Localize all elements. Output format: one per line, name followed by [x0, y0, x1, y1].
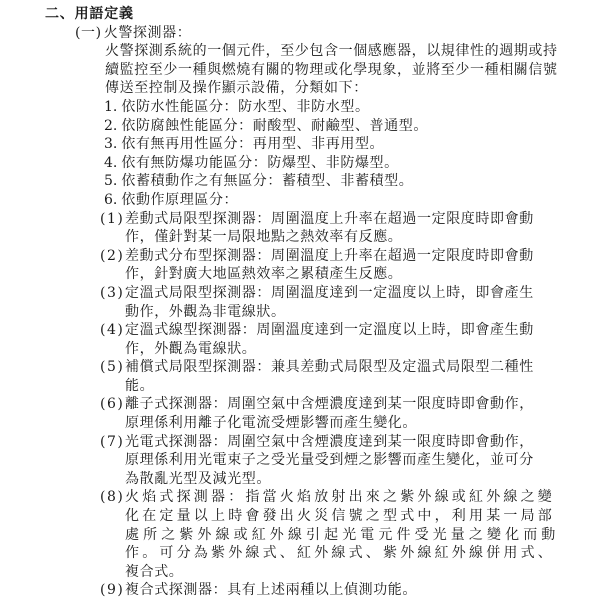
- detector-line: 作，針對廣大地區熱效率之累積產生反應。: [125, 265, 560, 284]
- detector-item: (9) 複合式探測器：具有上述兩種以上偵測功能。: [100, 581, 600, 600]
- detector-item-number: (9): [100, 581, 125, 600]
- item-number: 3.: [104, 135, 117, 154]
- detector-line: 化在定量以上時會發出火災信號之型式中，利用某一局部: [125, 507, 560, 526]
- detector-item-number: (4): [100, 321, 125, 340]
- detector-item: (6) 離子式探測器：周圍空氣中含煙濃度達到某一限度時即會動作， 原理係利用離子…: [100, 395, 600, 432]
- detector-item: (5) 補償式局限型探測器：兼具差動式局限型及定溫式局限型二種性 能。: [100, 358, 600, 395]
- detector-item-number: (6): [100, 395, 125, 414]
- detector-line: 原理係利用光電束子之受光量受到煙之影響而產生變化，並可分: [125, 451, 560, 470]
- detector-item: (7) 光電式探測器：周圍空氣中含煙濃度達到某一限度時即會動作， 原理係利用光電…: [100, 433, 600, 489]
- classification-item: 3.依有無再用性區分：再用型、非再用型。: [104, 135, 600, 154]
- detector-line: 複合式。: [125, 563, 560, 582]
- document-page: 二、用語定義 (一)火警探測器： 火警探測系統的一個元件，至少包含一個感應器，以…: [0, 0, 600, 600]
- intro-line: 傳送至控制及操作顯示設備，分類如下：: [105, 79, 600, 98]
- detector-line: 定溫式局限型探測器：周圍溫度達到一定溫度以上時，即會產生: [125, 284, 560, 303]
- detector-item-number: (3): [100, 284, 125, 303]
- detector-line: 差動式分布型探測器：周圍溫度上升率在超過一定限度時即會動: [125, 247, 560, 266]
- item-text: 依有無再用性區分：再用型、非再用型。: [121, 136, 384, 152]
- detector-line: 作，外觀為電線狀。: [125, 340, 560, 359]
- detector-line: 定溫式線型探測器：周圍溫度達到一定溫度以上時，即會產生動: [125, 321, 560, 340]
- detector-item-number: (8): [100, 488, 125, 507]
- detector-item: (8) 火焰式探測器：指當火焰放射出來之紫外線或紅外線之變 化在定量以上時會發出…: [100, 488, 600, 581]
- detector-item: (4) 定溫式線型探測器：周圍溫度達到一定溫度以上時，即會產生動 作，外觀為電線…: [100, 321, 600, 358]
- classification-item: 2.依防腐蝕性能區分：耐酸型、耐鹼型、普通型。: [104, 117, 600, 136]
- detector-item-number: (1): [100, 210, 125, 229]
- section-number: (一): [75, 25, 102, 41]
- classification-item: 6.依動作原理區分：: [104, 191, 600, 210]
- detector-line: 離子式探測器：周圍空氣中含煙濃度達到某一限度時即會動作，: [125, 395, 560, 414]
- detector-item-number: (2): [100, 247, 125, 266]
- item-number: 6.: [104, 191, 117, 210]
- detector-item-number: (7): [100, 433, 125, 452]
- detector-line: 差動式局限型探測器：周圍溫度上升率在超過一定限度時即會動: [125, 210, 560, 229]
- item-text: 依防腐蝕性能區分：耐酸型、耐鹼型、普通型。: [121, 118, 428, 134]
- section-title: 火警探測器：: [104, 25, 192, 41]
- detector-item-number: (5): [100, 358, 125, 377]
- document-heading: 二、用語定義: [45, 5, 600, 24]
- detector-line: 作，僅針對某一局限地點之熱效率有反應。: [125, 228, 560, 247]
- item-text: 依動作原理區分：: [121, 192, 238, 208]
- detector-line: 原理係利用離子化電流受煙影響而產生變化。: [125, 414, 560, 433]
- item-number: 2.: [104, 117, 117, 136]
- detector-line: 火焰式探測器：指當火焰放射出來之紫外線或紅外線之變: [125, 488, 560, 507]
- detector-line: 能。: [125, 377, 560, 396]
- section-header: (一)火警探測器：: [75, 24, 600, 43]
- intro-line: 續監控至少一種與燃燒有關的物理或化學現象，並將至少一種相關信號: [105, 61, 600, 80]
- item-text: 依有無防爆功能區分：防爆型、非防爆型。: [121, 155, 398, 171]
- detector-line: 補償式局限型探測器：兼具差動式局限型及定溫式局限型二種性: [125, 358, 560, 377]
- detector-item: (1) 差動式局限型探測器：周圍溫度上升率在超過一定限度時即會動 作，僅針對某一…: [100, 210, 600, 247]
- item-text: 依蓄積動作之有無區分：蓄積型、非蓄積型。: [121, 173, 413, 189]
- classification-item: 4.依有無防爆功能區分：防爆型、非防爆型。: [104, 154, 600, 173]
- item-number: 5.: [104, 172, 117, 191]
- detector-line: 為散亂光型及減光型。: [125, 470, 560, 489]
- intro-paragraph: 火警探測系統的一個元件，至少包含一個感應器，以規律性的週期或持 續監控至少一種與…: [105, 42, 600, 98]
- detector-line: 複合式探測器：具有上述兩種以上偵測功能。: [125, 581, 560, 600]
- item-number: 1.: [104, 98, 117, 117]
- detector-line: 處所之紫外線或紅外線引起光電元件受光量之變化而動: [125, 526, 560, 545]
- item-number: 4.: [104, 154, 117, 173]
- detector-line: 光電式探測器：周圍空氣中含煙濃度達到某一限度時即會動作，: [125, 433, 560, 452]
- detector-line: 動作，外觀為非電線狀。: [125, 303, 560, 322]
- intro-line: 火警探測系統的一個元件，至少包含一個感應器，以規律性的週期或持: [105, 42, 600, 61]
- detector-line: 作。可分為紫外線式、紅外線式、紫外線紅外線併用式、: [125, 544, 560, 563]
- classification-item: 5.依蓄積動作之有無區分：蓄積型、非蓄積型。: [104, 172, 600, 191]
- detector-item: (2) 差動式分布型探測器：周圍溫度上升率在超過一定限度時即會動 作，針對廣大地…: [100, 247, 600, 284]
- item-text: 依防水性能區分：防水型、非防水型。: [121, 99, 369, 115]
- classification-item: 1.依防水性能區分：防水型、非防水型。: [104, 98, 600, 117]
- detector-item: (3) 定溫式局限型探測器：周圍溫度達到一定溫度以上時，即會產生 動作，外觀為非…: [100, 284, 600, 321]
